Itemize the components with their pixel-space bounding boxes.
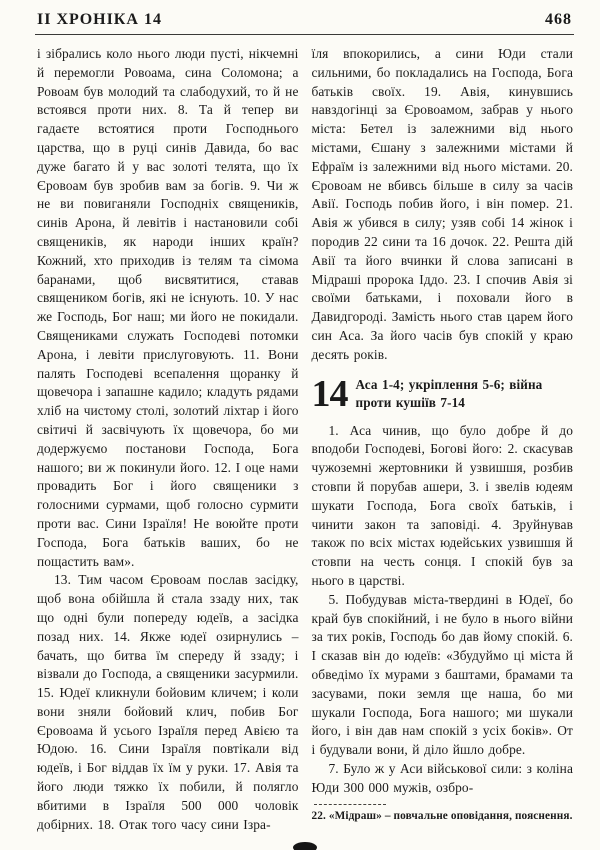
page-header: II ХРОНІКА 14 468 <box>37 11 572 29</box>
verse-paragraph: 1. Аса чинив, що було добре й до вподоби… <box>312 422 574 591</box>
left-column: і зібрались коло нього люди пусті, нікче… <box>37 45 299 844</box>
verse-paragraph: їля впокорились, а сини Юди стали сильни… <box>312 45 574 365</box>
footnote-separator <box>314 804 386 805</box>
scanned-bible-page: II ХРОНІКА 14 468 і зібрались коло нього… <box>0 0 600 850</box>
chapter-summary: Аса 1-4; укріплення 5-6; війна проти куш… <box>312 376 574 413</box>
page-number: 468 <box>545 11 572 29</box>
verse-paragraph: 13. Тим часом Єровоам послав засідку, що… <box>37 571 299 834</box>
scan-artifact <box>293 842 317 850</box>
text-columns: і зібрались коло нього люди пусті, нікче… <box>37 45 573 844</box>
right-column: їля впокорились, а сини Юди стали сильни… <box>312 45 574 844</box>
footnote: 22. «Мідраш» – повчальне оповідання, поя… <box>312 809 574 823</box>
running-title: II ХРОНІКА 14 <box>37 11 162 29</box>
verse-paragraph: і зібрались коло нього люди пусті, нікче… <box>37 45 299 571</box>
chapter-number: 14 <box>312 378 348 411</box>
verse-paragraph: 5. Побудував міста-твердині в Юдеї, бо к… <box>312 591 574 760</box>
header-rule <box>35 34 574 35</box>
chapter-heading: 14 Аса 1-4; укріплення 5-6; війна проти … <box>312 376 574 413</box>
verse-paragraph: 7. Було ж у Аси військової сили: з колін… <box>312 760 574 798</box>
